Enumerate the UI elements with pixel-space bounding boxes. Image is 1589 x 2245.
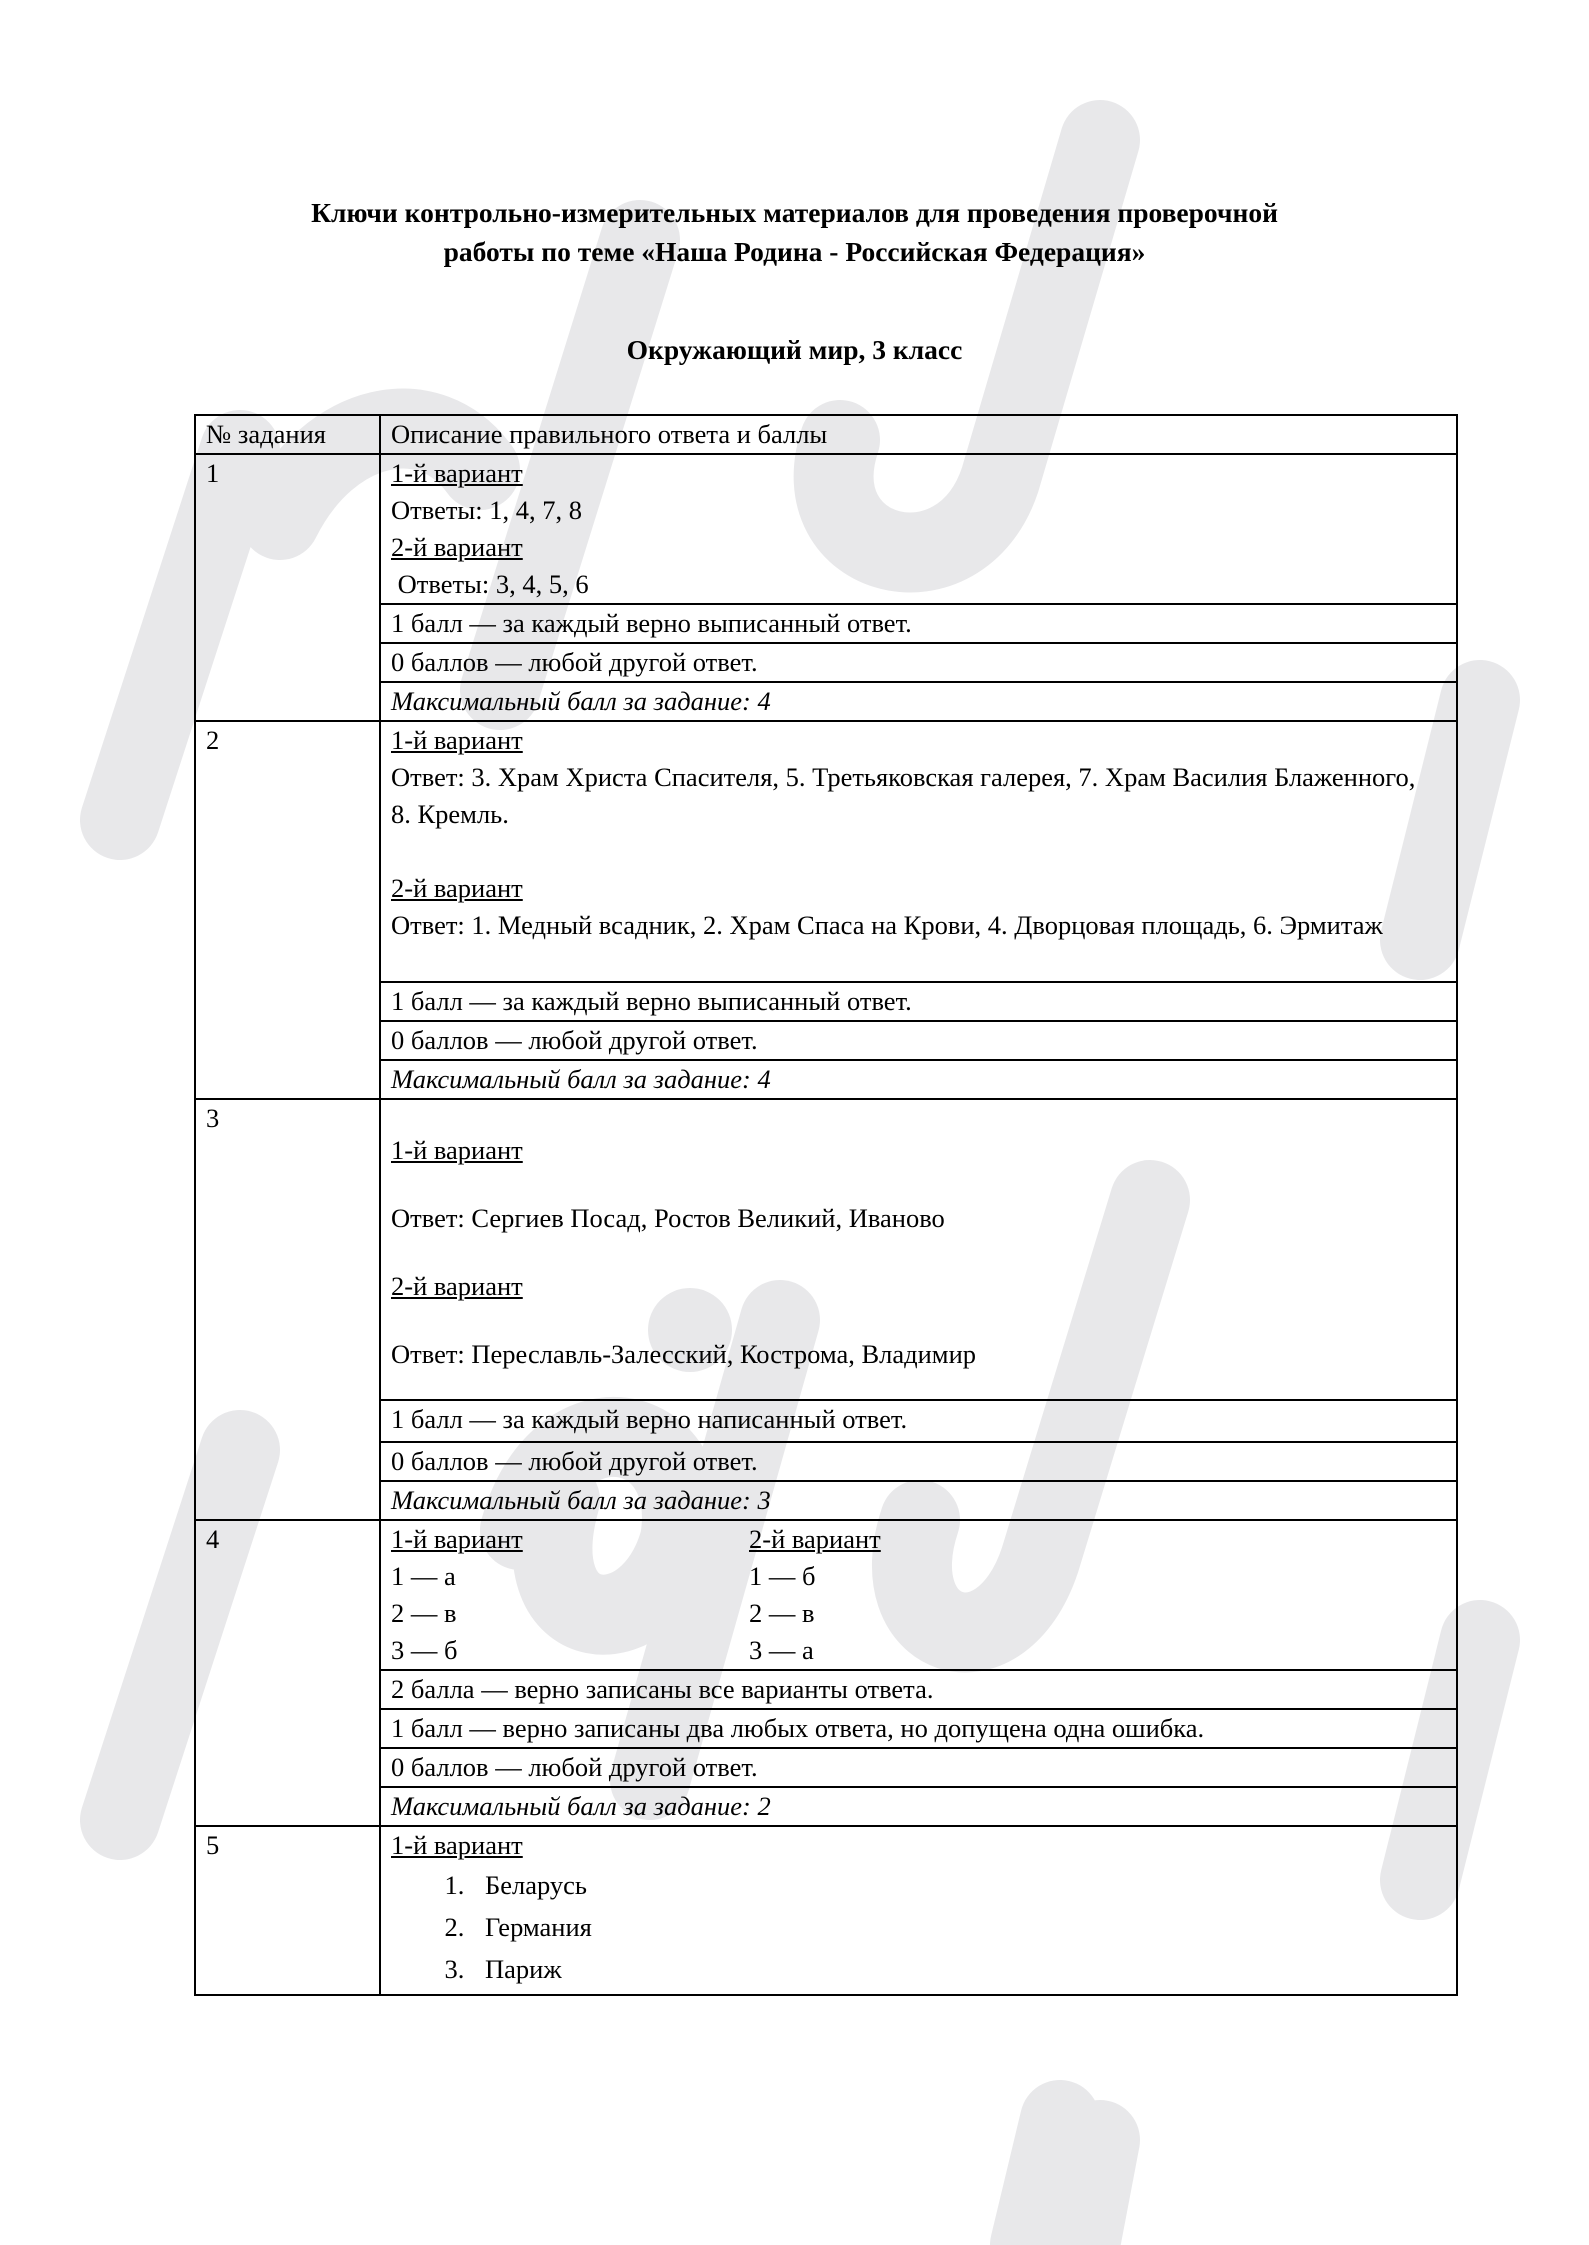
- table-row: 0 баллов — любой другой ответ.: [195, 643, 1457, 682]
- task-answer-cell: 1-й вариант Ответ: Сергиев Посад, Ростов…: [380, 1099, 1457, 1400]
- table-row: Максимальный балл за задание: 3: [195, 1481, 1457, 1520]
- scoring-rule: 0 баллов — любой другой ответ.: [380, 643, 1457, 682]
- list-item: Беларусь: [471, 1864, 1446, 1906]
- variant-2-label: 2-й вариант: [391, 529, 1446, 566]
- variant-2-answer: Ответы: 3, 4, 5, 6: [391, 566, 1446, 603]
- title-line-1: Ключи контрольно-измерительных материало…: [0, 193, 1589, 232]
- table-row: 1 балл — верно записаны два любых ответа…: [195, 1709, 1457, 1748]
- table-row: 1 балл — за каждый верно выписанный отве…: [195, 604, 1457, 643]
- answer-pair: 2 — в: [391, 1595, 749, 1632]
- table-row: 2 балла — верно записаны все варианты от…: [195, 1670, 1457, 1709]
- task-number: 2: [195, 721, 380, 1099]
- table-row: Максимальный балл за задание: 2: [195, 1787, 1457, 1826]
- variant-1-column: 1-й вариант 1 — а 2 — в 3 — б: [391, 1521, 749, 1669]
- task-number: 3: [195, 1099, 380, 1520]
- task-answer-cell: 1-й вариант 1 — а 2 — в 3 — б 2-й вариан…: [380, 1520, 1457, 1670]
- document-title: Ключи контрольно-измерительных материало…: [0, 193, 1589, 271]
- table-row: 2 1-й вариант Ответ: 3. Храм Христа Спас…: [195, 721, 1457, 982]
- task-number: 1: [195, 454, 380, 721]
- table-row: 1 1-й вариант Ответы: 1, 4, 7, 8 2-й вар…: [195, 454, 1457, 604]
- task-number: 5: [195, 1826, 380, 1995]
- variant-2-label: 2-й вариант: [749, 1521, 881, 1558]
- document-subtitle: Окружающий мир, 3 класс: [0, 330, 1589, 369]
- scoring-rule: 1 балл — за каждый верно выписанный отве…: [380, 604, 1457, 643]
- variant-2-column: 2-й вариант 1 — б 2 — в 3 — а: [749, 1521, 1107, 1669]
- answer-pair: 3 — б: [391, 1632, 749, 1669]
- table-header-row: № задания Описание правильного ответа и …: [195, 415, 1457, 454]
- scoring-rule: 2 балла — верно записаны все варианты от…: [380, 1670, 1457, 1709]
- list-item: Париж: [471, 1948, 1446, 1990]
- max-score: Максимальный балл за задание: 4: [380, 1060, 1457, 1099]
- max-score: Максимальный балл за задание: 4: [380, 682, 1457, 721]
- table-row: Максимальный балл за задание: 4: [195, 1060, 1457, 1099]
- answer-pair: 1 — б: [749, 1558, 1107, 1595]
- answer-pair: 1 — а: [391, 1558, 749, 1595]
- table-row: 0 баллов — любой другой ответ.: [195, 1442, 1457, 1481]
- title-line-2: работы по теме «Наша Родина - Российская…: [0, 232, 1589, 271]
- variant-2-label: 2-й вариант: [391, 1269, 523, 1303]
- task-answer-cell: 1-й вариант Ответы: 1, 4, 7, 8 2-й вариа…: [380, 454, 1457, 604]
- variant-1-label: 1-й вариант: [391, 455, 1446, 492]
- variant-2-label: 2-й вариант: [391, 870, 523, 907]
- variant-2-answer: Ответ: Переславль-Залесский, Кострома, В…: [391, 1337, 1446, 1371]
- table-row: 1 балл — за каждый верно написанный отве…: [195, 1400, 1457, 1442]
- scoring-rule: 0 баллов — любой другой ответ.: [380, 1021, 1457, 1060]
- answer-pair: 2 — в: [749, 1595, 1107, 1632]
- variant-1-label: 1-й вариант: [391, 1521, 523, 1558]
- variant-1-answer: Ответ: 3. Храм Христа Спасителя, 5. Трет…: [391, 759, 1446, 833]
- scoring-rule: 1 балл — за каждый верно выписанный отве…: [380, 982, 1457, 1021]
- scoring-rule: 1 балл — за каждый верно написанный отве…: [380, 1400, 1457, 1442]
- task-number: 4: [195, 1520, 380, 1826]
- answer-pair: 3 — а: [749, 1632, 1107, 1669]
- table-row: 4 1-й вариант 1 — а 2 — в 3 — б 2-й вари…: [195, 1520, 1457, 1670]
- document-page: Ключи контрольно-измерительных материало…: [0, 0, 1589, 2245]
- answer-list: Беларусь Германия Париж: [391, 1864, 1446, 1990]
- max-score: Максимальный балл за задание: 3: [380, 1481, 1457, 1520]
- task-answer-cell: 1-й вариант Беларусь Германия Париж: [380, 1826, 1457, 1995]
- column-header-description: Описание правильного ответа и баллы: [380, 415, 1457, 454]
- scoring-rule: 0 баллов — любой другой ответ.: [380, 1442, 1457, 1481]
- table-row: 3 1-й вариант Ответ: Сергиев Посад, Рост…: [195, 1099, 1457, 1400]
- table-row: 0 баллов — любой другой ответ.: [195, 1748, 1457, 1787]
- list-item: Германия: [471, 1906, 1446, 1948]
- table-row: 5 1-й вариант Беларусь Германия Париж: [195, 1826, 1457, 1995]
- max-score: Максимальный балл за задание: 2: [380, 1787, 1457, 1826]
- variant-1-label: 1-й вариант: [391, 722, 523, 759]
- scoring-rule: 0 баллов — любой другой ответ.: [380, 1748, 1457, 1787]
- task-answer-cell: 1-й вариант Ответ: 3. Храм Христа Спасит…: [380, 721, 1457, 982]
- variant-1-answer: Ответ: Сергиев Посад, Ростов Великий, Ив…: [391, 1201, 1446, 1235]
- column-header-task-number: № задания: [195, 415, 380, 454]
- variant-2-answer: Ответ: 1. Медный всадник, 2. Храм Спаса …: [391, 907, 1446, 944]
- table-row: 0 баллов — любой другой ответ.: [195, 1021, 1457, 1060]
- table-row: Максимальный балл за задание: 4: [195, 682, 1457, 721]
- variant-1-answer: Ответы: 1, 4, 7, 8: [391, 492, 1446, 529]
- answer-key-table: № задания Описание правильного ответа и …: [194, 414, 1458, 1996]
- variant-1-label: 1-й вариант: [391, 1133, 523, 1167]
- scoring-rule: 1 балл — верно записаны два любых ответа…: [380, 1709, 1457, 1748]
- variant-1-label: 1-й вариант: [391, 1827, 523, 1864]
- table-row: 1 балл — за каждый верно выписанный отве…: [195, 982, 1457, 1021]
